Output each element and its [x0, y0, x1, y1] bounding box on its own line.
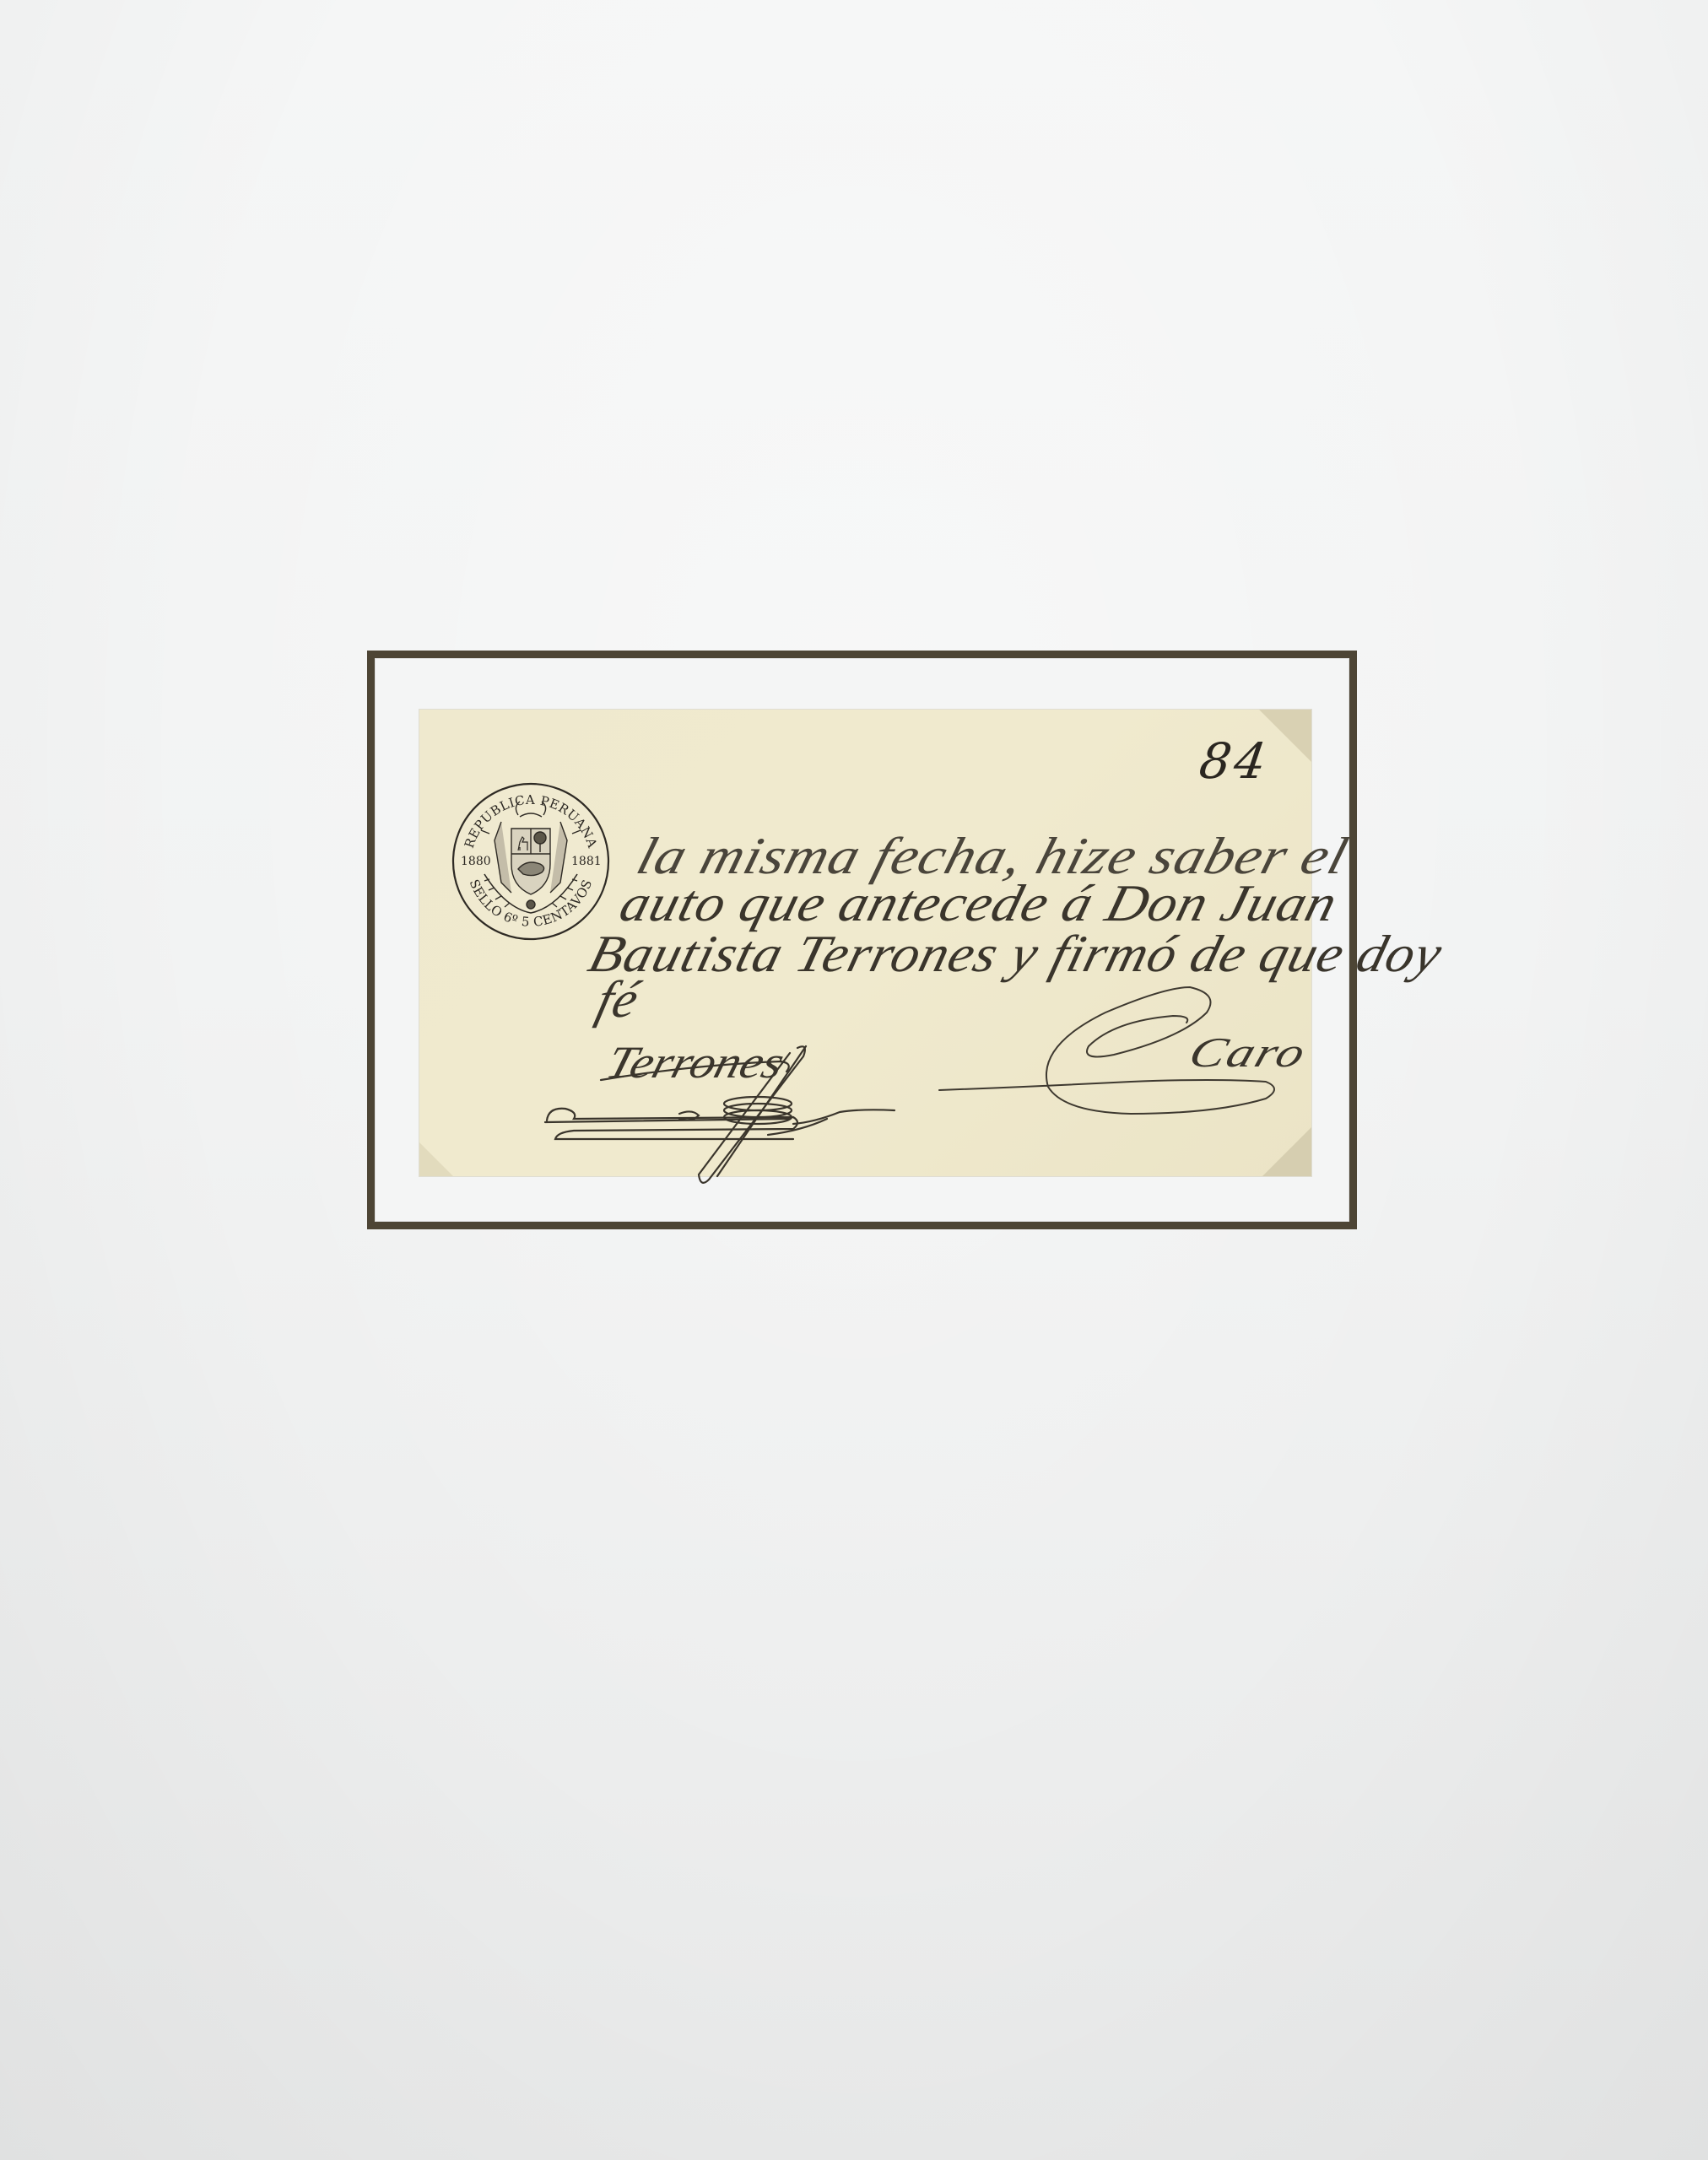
seal-left-year: 1880 — [461, 855, 491, 868]
republic-seal-stamp: REPUBLICA PERUANA SELLO 6º 5 CENTAVOS 18… — [451, 781, 611, 942]
seal-right-year: 1881 — [571, 855, 602, 868]
signature-right-name: Caro — [1183, 1028, 1314, 1077]
handwritten-line-3: Bautista Terrones y firmó de que doy — [582, 925, 1449, 985]
photo-corner-bottom-right — [1262, 1127, 1311, 1176]
folio-number: 84 — [1196, 732, 1273, 790]
signature-left-flourish-icon — [540, 1012, 928, 1181]
photo-corner-bottom-left — [419, 1142, 453, 1176]
